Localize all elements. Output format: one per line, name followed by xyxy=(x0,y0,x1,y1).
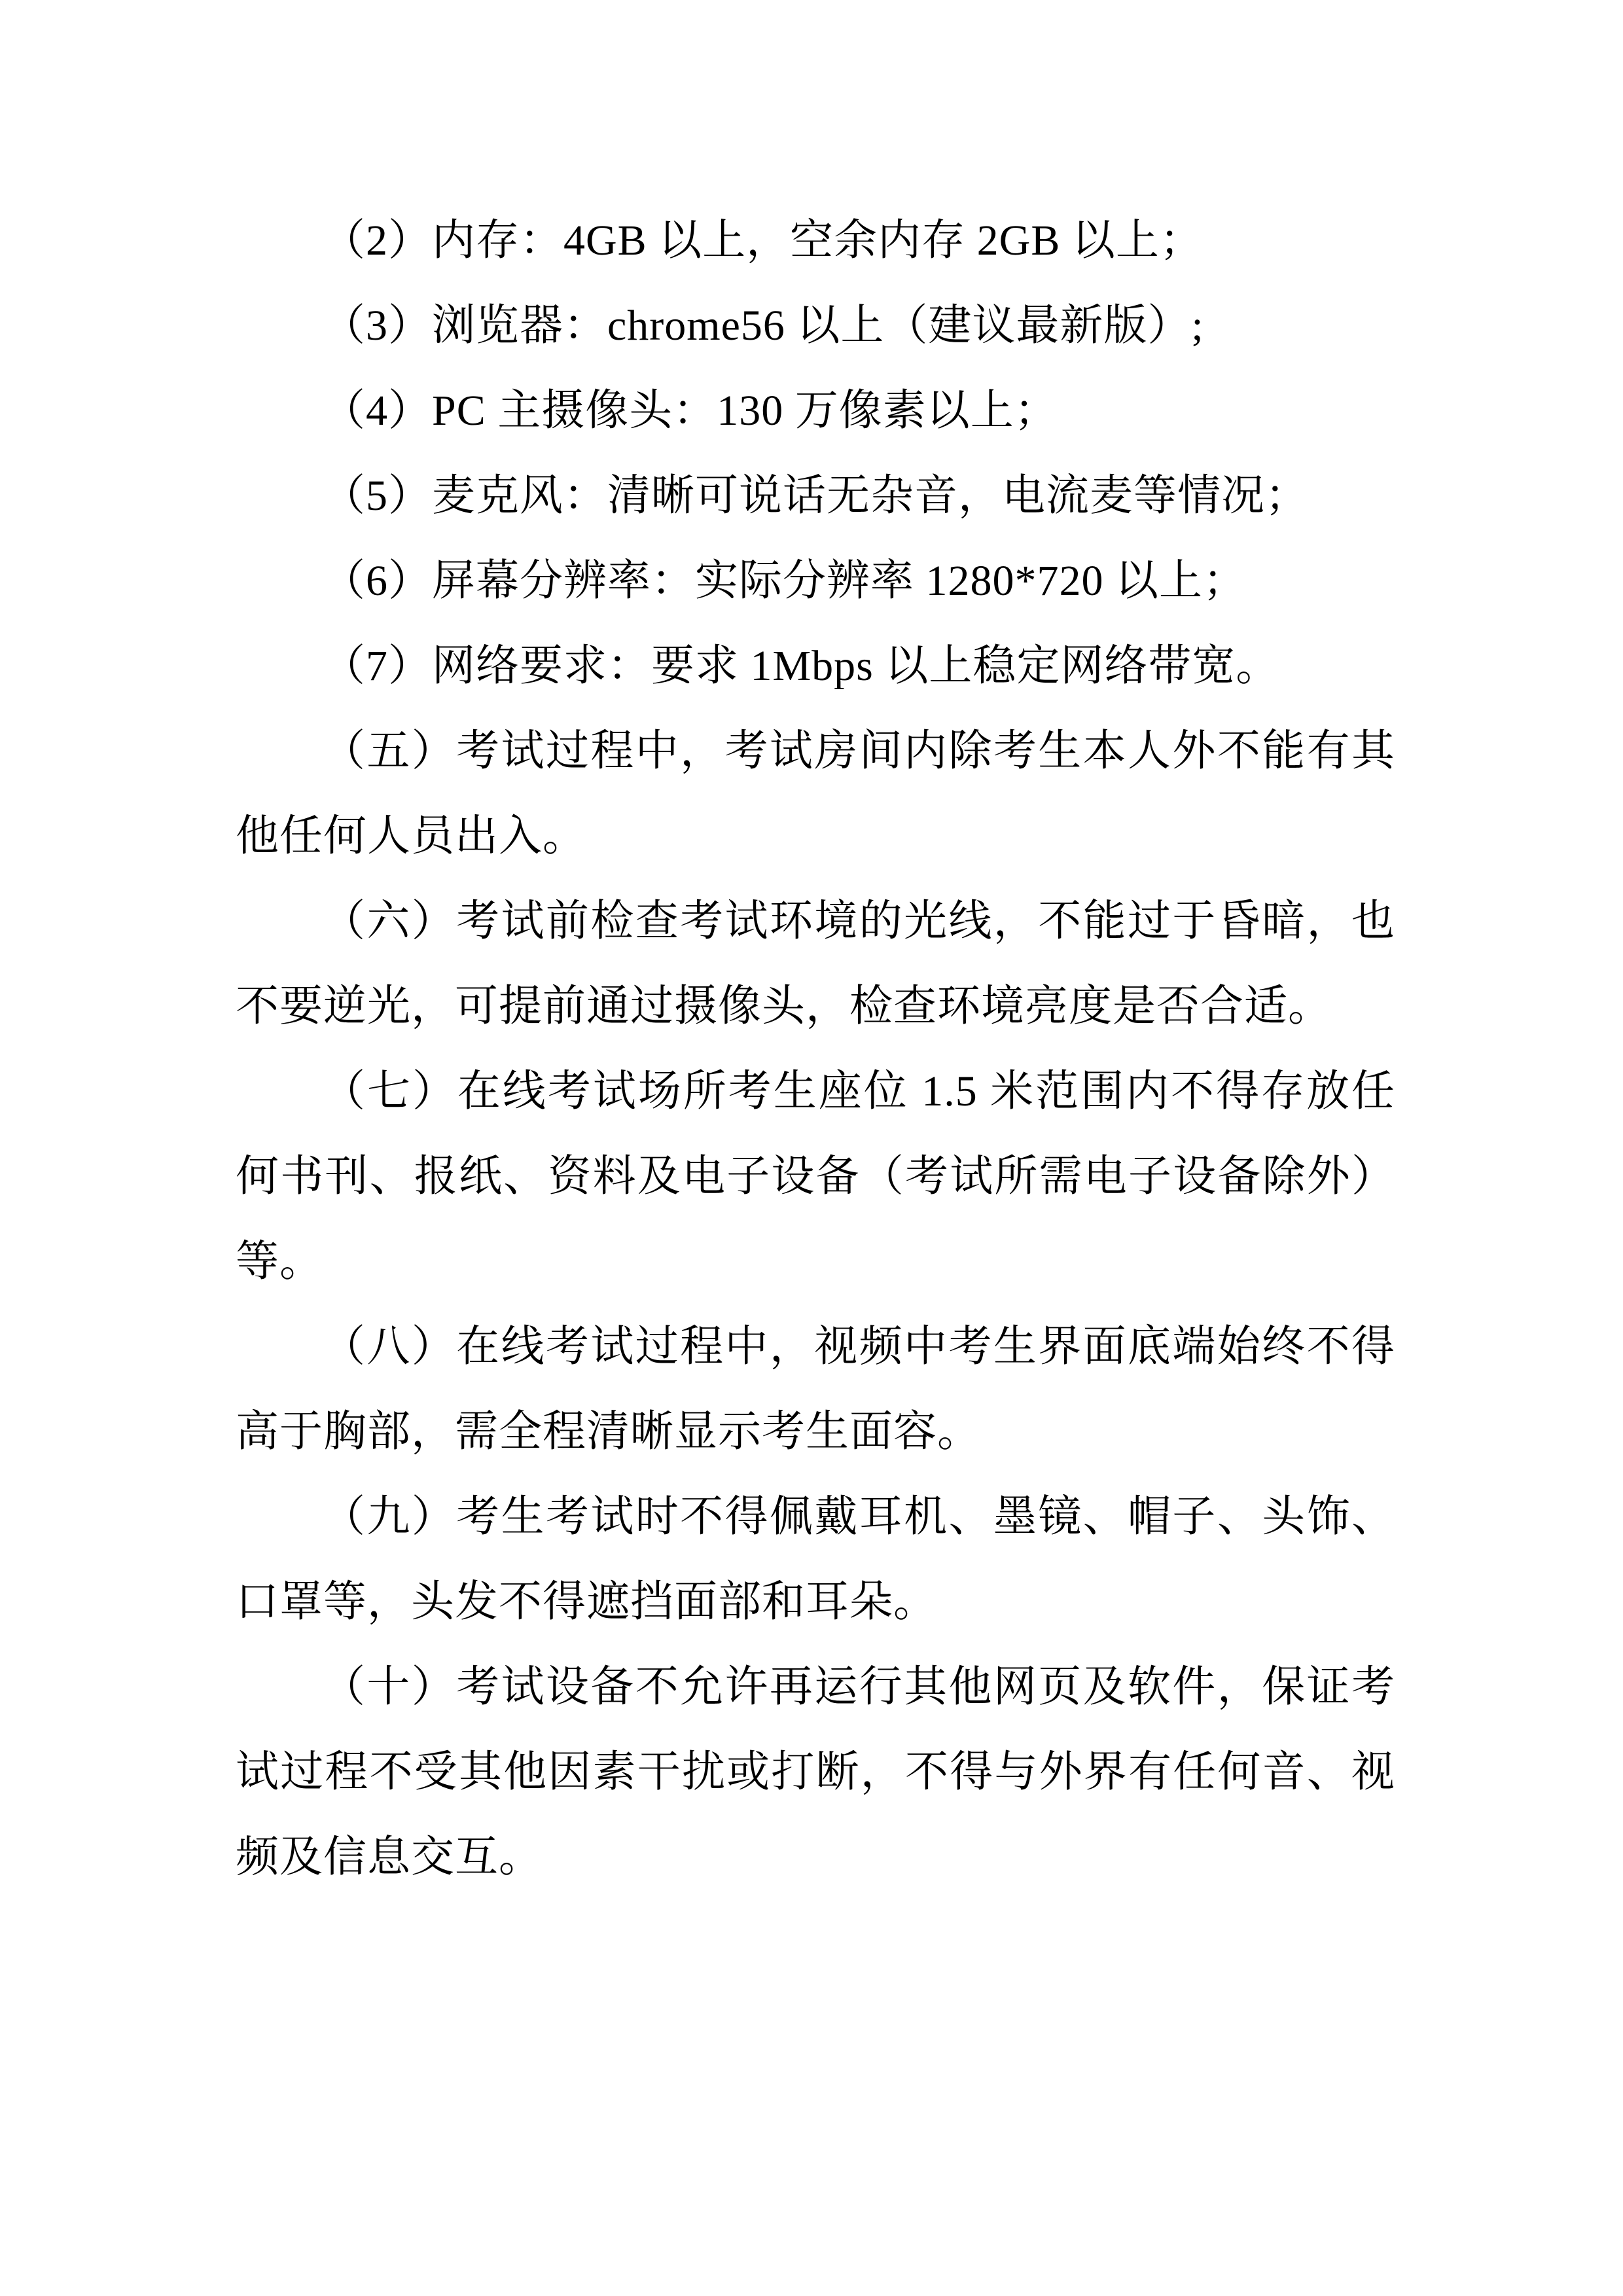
paragraph: （4）PC 主摄像头：130 万像素以上； xyxy=(236,368,1395,454)
paragraph: （5）麦克风：清晰可说话无杂音，电流麦等情况； xyxy=(236,454,1395,539)
paragraph: （九）考生考试时不得佩戴耳机、墨镜、帽子、头饰、口罩等，头发不得遮挡面部和耳朵。 xyxy=(236,1475,1395,1645)
document-page: （2）内存：4GB 以上，空余内存 2GB 以上；（3）浏览器：chrome56… xyxy=(0,0,1623,2296)
document-text-block: （2）内存：4GB 以上，空余内存 2GB 以上；（3）浏览器：chrome56… xyxy=(236,198,1395,1900)
paragraph: （2）内存：4GB 以上，空余内存 2GB 以上； xyxy=(236,198,1395,283)
paragraph: （6）屏幕分辨率：实际分辨率 1280*720 以上； xyxy=(236,539,1395,624)
paragraph: （八）在线考试过程中，视频中考生界面底端始终不得高于胸部，需全程清晰显示考生面容… xyxy=(236,1304,1395,1475)
paragraph: （7）网络要求：要求 1Mbps 以上稳定网络带宽。 xyxy=(236,624,1395,709)
paragraph: （3）浏览器：chrome56 以上（建议最新版）; xyxy=(236,283,1395,368)
paragraph: （六）考试前检查考试环境的光线，不能过于昏暗，也不要逆光，可提前通过摄像头，检查… xyxy=(236,879,1395,1049)
paragraph: （七）在线考试场所考生座位 1.5 米范围内不得存放任何书刊、报纸、资料及电子设… xyxy=(236,1049,1395,1304)
paragraph: （十）考试设备不允许再运行其他网页及软件，保证考试过程不受其他因素干扰或打断，不… xyxy=(236,1645,1395,1900)
paragraph: （五）考试过程中，考试房间内除考生本人外不能有其他任何人员出入。 xyxy=(236,709,1395,879)
